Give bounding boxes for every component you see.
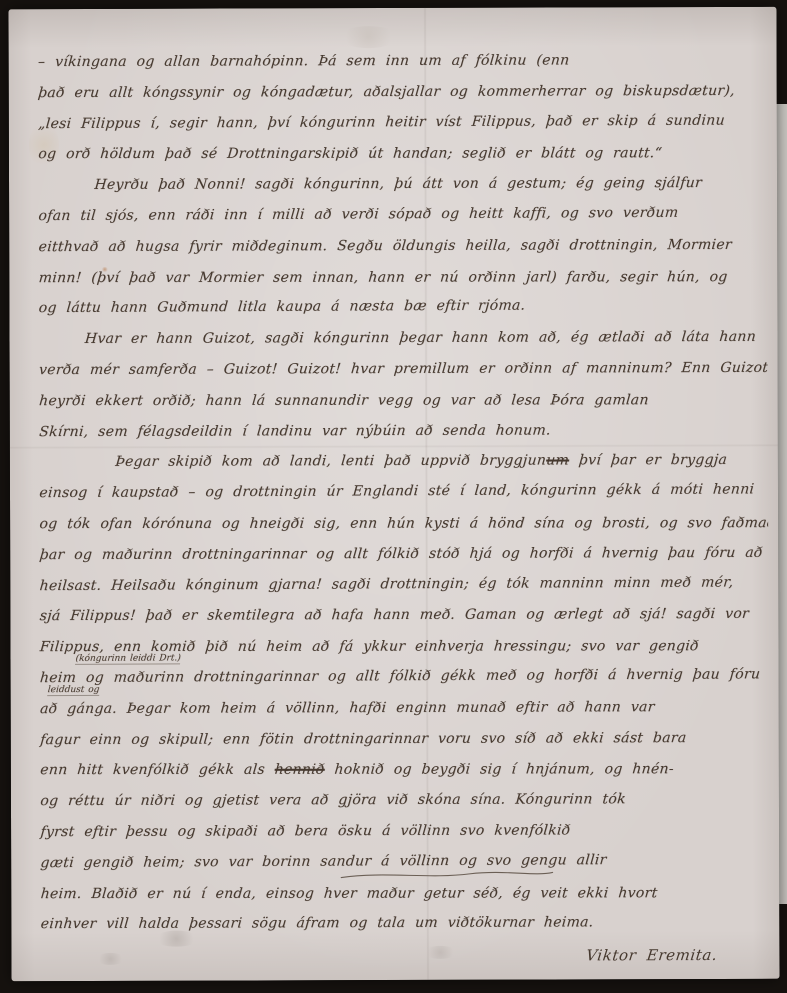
manuscript-line: enn hitt kvenfólkið gékk als hennið hokn…	[39, 754, 770, 786]
line-text: heim og maðurinn drottningarinnar og all…	[39, 666, 761, 686]
manuscript-line: heyrði ekkert orðið; hann lá sunnanundir…	[38, 385, 770, 417]
manuscript-line: Þegar skipið kom að landi, lenti það upp…	[38, 445, 770, 478]
line-text: hoknið og beygði sig í hnjánum, og hnén-	[324, 762, 675, 778]
line-text: gæti gengið heim; svo var borinn sandur …	[40, 852, 607, 871]
manuscript-line: „lesi Filippus í, segir hann, því kóngur…	[37, 105, 770, 140]
strikethrough-word: hennið	[274, 762, 325, 778]
manuscript-line: heilsast. Heilsaðu kónginum gjarna! sagð…	[38, 567, 769, 602]
interlinear-insertion: leiddust og	[47, 685, 100, 696]
manuscript-line: og orð höldum það sé Drottningarskipið ú…	[37, 138, 770, 170]
manuscript-line: leiddust og að gánga. Þegar kom heim á v…	[39, 692, 770, 725]
manuscript-line: fagur einn og skipull; enn fötin drottni…	[39, 722, 770, 755]
manuscript-line: heim. Blaðið er nú í enda, einsog hver m…	[39, 878, 769, 910]
line-text: enn hitt kvenfólkið gékk als	[40, 762, 276, 778]
manuscript-line: Skírni, sem félagsdeildin í landinu var …	[38, 414, 770, 447]
line-text: því þar er bryggja	[568, 452, 727, 469]
manuscript-line: eitthvað að hugsa fyrir miðdeginum. Segð…	[37, 230, 769, 263]
manuscript-line: minn! (því það var Mormier sem innan, ha…	[37, 262, 769, 294]
line-text: Þegar skipið kom að landi, lenti það upp…	[115, 453, 547, 470]
manuscript-line: fyrst eftir þessu og skipaði að bera ösk…	[39, 815, 769, 848]
manuscript-line: verða mér samferða – Guizot! Guizot! hva…	[38, 353, 770, 386]
signature: Viktor Eremita.	[37, 938, 769, 974]
manuscript-line: og láttu hann Guðmund litla kaupa á næst…	[37, 290, 769, 325]
paper-stain	[339, 26, 399, 48]
line-text: að gánga. Þegar kom heim á völlinn, hafð…	[39, 699, 655, 717]
manuscript-line: einhver vill halda þessari sögu áfram og…	[39, 907, 769, 940]
manuscript-line: einsog í kaupstað – og drottningin úr En…	[38, 474, 769, 509]
strikethrough-word: um	[546, 453, 570, 469]
manuscript-line: sjá Filippus! það er skemtilegra að hafa…	[38, 599, 769, 632]
manuscript-line: – víkingana og allan barnahópinn. Þá sem…	[37, 45, 770, 78]
manuscript-line: (kóngurinn leiddi Drt.) heim og maðurinn…	[39, 659, 770, 694]
manuscript-line: Heyrðu það Nonni! sagði kóngurinn, þú át…	[37, 168, 769, 201]
manuscript-line: og réttu úr niðri og gjetist vera að gjö…	[39, 784, 769, 817]
letter-body: – víkingana og allan barnahópinn. Þá sem…	[37, 45, 770, 975]
manuscript-line: og tók ofan kórónuna og hneigði sig, enn…	[38, 508, 769, 540]
manuscript-line: Hvar er hann Guizot, sagði kóngurinn þeg…	[38, 322, 770, 355]
letter-page: – víkingana og allan barnahópinn. Þá sem…	[8, 7, 779, 981]
interlinear-insertion: (kóngurinn leiddi Drt.)	[75, 653, 181, 665]
manuscript-line: þar og maðurinn drottningarinnar og allt…	[38, 538, 769, 571]
manuscript-line: ofan til sjós, enn ráði inn í milli að v…	[37, 197, 769, 232]
manuscript-line: gæti gengið heim; svo var borinn sandur …	[39, 844, 769, 879]
manuscript-line: það eru allt kóngssynir og kóngadætur, a…	[37, 76, 770, 109]
